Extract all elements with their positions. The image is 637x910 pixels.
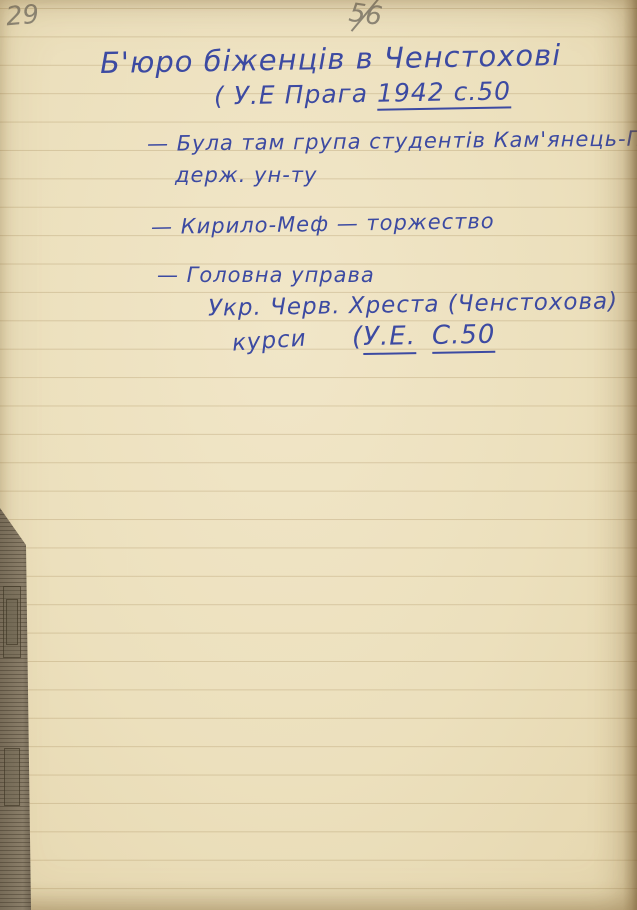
- cover-pattern-rect: [6, 599, 18, 645]
- scan-vignette: [0, 0, 637, 910]
- scanned-document-page: 29 56 Б'юро біженців в Ченстохові ( У.Е …: [0, 0, 637, 910]
- notebook-page: 29 56 Б'юро біженців в Ченстохові ( У.Е …: [0, 0, 637, 910]
- cover-pattern-rect: [4, 748, 20, 806]
